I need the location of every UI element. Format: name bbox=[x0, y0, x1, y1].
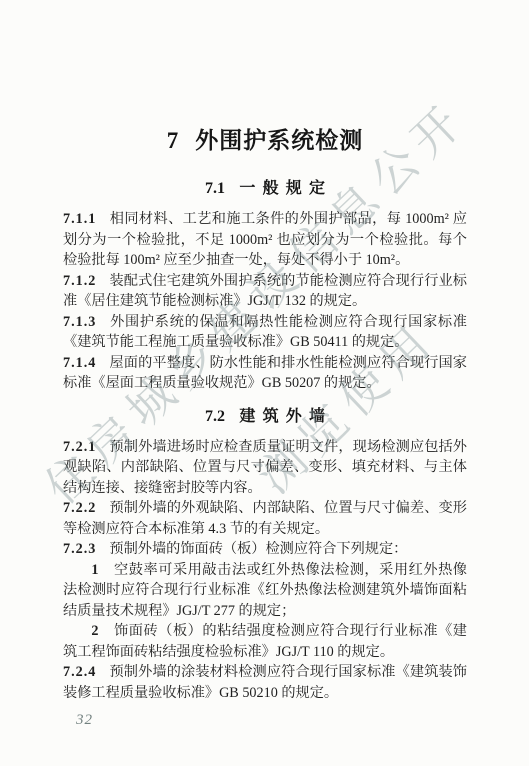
clause-text: 空鼓率可采用敲击法或红外热像法检测，采用红外热像法检测时应符合现行行业标准《红外… bbox=[63, 562, 467, 619]
clause-number: 7.2.3 bbox=[63, 541, 96, 557]
sections-container: 7.1一般规定7.1.1相同材料、工艺和施工条件的外围护部品，每 1000m² … bbox=[63, 179, 467, 703]
clause-text: 装配式住宅建筑外围护系统的节能检测应符合现行行业标准《居住建筑节能检测标准》JG… bbox=[63, 273, 467, 310]
section-heading: 7.1一般规定 bbox=[63, 179, 467, 199]
clause-number: 7.2.2 bbox=[63, 500, 96, 516]
document-page: 住房城乡建设信息公开 浏览使用 7外围护系统检测 7.1一般规定7.1.1相同材… bbox=[0, 0, 529, 766]
clause-text: 相同材料、工艺和施工条件的外围护部品，每 1000m² 应划分为一个检验批，不足… bbox=[63, 211, 467, 268]
clause-7.1.2: 7.1.2装配式住宅建筑外围护系统的节能检测应符合现行行业标准《居住建筑节能检测… bbox=[63, 271, 467, 312]
chapter-title: 7外围护系统检测 bbox=[63, 127, 467, 155]
section-heading: 7.2建筑外墙 bbox=[63, 407, 467, 427]
clause-number: 7.2.1 bbox=[63, 439, 96, 455]
page-content: 7外围护系统检测 7.1一般规定7.1.1相同材料、工艺和施工条件的外围护部品，… bbox=[63, 127, 467, 703]
clause-number: 7.1.4 bbox=[63, 355, 96, 371]
clause-7.1.3: 7.1.3外围护系统的保温和隔热性能检测应符合现行国家标准《建筑节能工程施工质量… bbox=[63, 312, 467, 353]
clause-text: 屋面的平整度、防水性能和排水性能检测应符合现行国家标准《屋面工程质量验收规范》G… bbox=[63, 355, 467, 392]
clause-7.2.3: 7.2.3预制外墙的饰面砖（板）检测应符合下列规定： bbox=[63, 539, 467, 560]
section-heading-title: 建筑外墙 bbox=[239, 408, 332, 425]
page-number: 32 bbox=[76, 712, 93, 729]
chapter-number: 7 bbox=[167, 128, 180, 153]
clause-text: 预制外墙进场时应检查质量证明文件，现场检测应包括外观缺陷、内部缺陷、位置与尺寸偏… bbox=[63, 439, 467, 496]
section-heading-title: 一般规定 bbox=[239, 180, 332, 197]
section-7.1: 7.1一般规定7.1.1相同材料、工艺和施工条件的外围护部品，每 1000m² … bbox=[63, 179, 467, 394]
clause-text: 外围护系统的保温和隔热性能检测应符合现行国家标准《建筑节能工程施工质量验收标准》… bbox=[63, 314, 467, 351]
clause-number: 1 bbox=[91, 562, 99, 578]
clause-7.1.4: 7.1.4屋面的平整度、防水性能和排水性能检测应符合现行国家标准《屋面工程质量验… bbox=[63, 353, 467, 394]
section-heading-number: 7.2 bbox=[205, 408, 225, 425]
clause-text: 预制外墙的外观缺陷、内部缺陷、位置与尺寸偏差、变形等检测应符合本标准第 4.3 … bbox=[63, 500, 467, 537]
clause-7.1.1: 7.1.1相同材料、工艺和施工条件的外围护部品，每 1000m² 应划分为一个检… bbox=[63, 209, 467, 271]
chapter-name: 外围护系统检测 bbox=[195, 128, 363, 153]
clause-7.2.2: 7.2.2预制外墙的外观缺陷、内部缺陷、位置与尺寸偏差、变形等检测应符合本标准第… bbox=[63, 498, 467, 539]
clause-2: 2饰面砖（板）的粘结强度检测应符合现行行业标准《建筑工程饰面砖粘结强度检验标准》… bbox=[63, 621, 467, 662]
clause-text: 预制外墙的涂装材料检测应符合现行国家标准《建筑装饰装修工程质量验收标准》GB 5… bbox=[63, 664, 467, 701]
clause-text: 预制外墙的饰面砖（板）检测应符合下列规定： bbox=[109, 541, 407, 557]
clause-1: 1空鼓率可采用敲击法或红外热像法检测，采用红外热像法检测时应符合现行行业标准《红… bbox=[63, 560, 467, 622]
clause-number: 2 bbox=[91, 623, 99, 639]
clause-7.2.4: 7.2.4预制外墙的涂装材料检测应符合现行国家标准《建筑装饰装修工程质量验收标准… bbox=[63, 662, 467, 703]
clause-number: 7.1.3 bbox=[63, 314, 96, 330]
clause-number: 7.1.2 bbox=[63, 273, 96, 289]
clause-number: 7.2.4 bbox=[63, 664, 96, 680]
section-7.2: 7.2建筑外墙7.2.1预制外墙进场时应检查质量证明文件，现场检测应包括外观缺陷… bbox=[63, 407, 467, 704]
section-heading-number: 7.1 bbox=[205, 180, 225, 197]
clause-number: 7.1.1 bbox=[63, 211, 96, 227]
clause-7.2.1: 7.2.1预制外墙进场时应检查质量证明文件，现场检测应包括外观缺陷、内部缺陷、位… bbox=[63, 437, 467, 499]
clause-text: 饰面砖（板）的粘结强度检测应符合现行行业标准《建筑工程饰面砖粘结强度检验标准》J… bbox=[63, 623, 467, 660]
